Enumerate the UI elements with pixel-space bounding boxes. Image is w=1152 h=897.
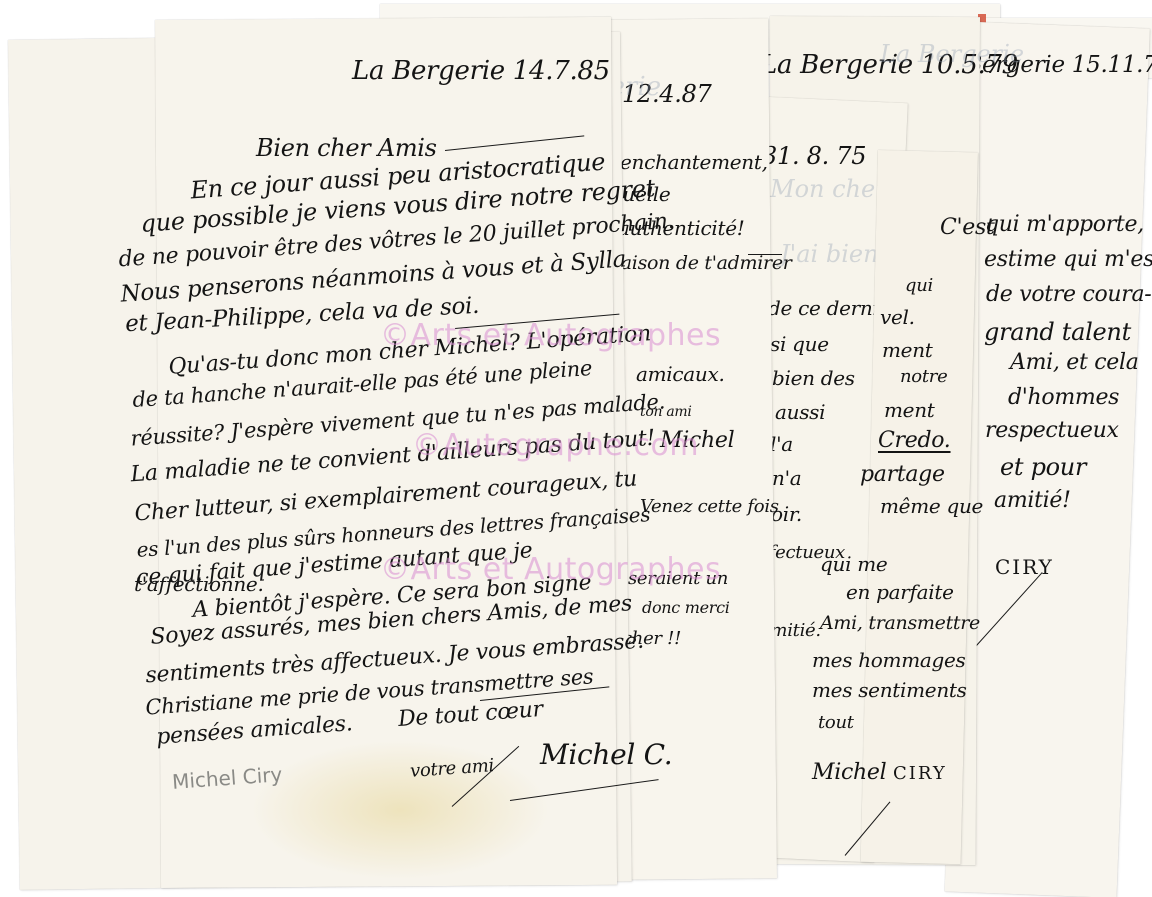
letter-1987-line: enchantement, <box>620 150 768 174</box>
letter-1978-line: de votre coura- <box>986 282 1151 307</box>
letter-1979-line: mes hommages <box>812 648 966 672</box>
letter-1979-line: qui me <box>820 552 887 576</box>
letter-1979-line: ment <box>882 338 933 362</box>
letter-1978-line: amitié! <box>994 488 1071 513</box>
letter-1979-line: C'est <box>940 215 995 240</box>
ink-line <box>748 254 782 255</box>
letter-1979-line: tout <box>818 712 854 733</box>
letter-1975-line: bien des <box>772 366 855 390</box>
letter-1975-line: l'a <box>770 432 793 456</box>
letter-1975-line: si que <box>770 332 829 356</box>
letter-1979-signature: Michel CIRY <box>812 760 947 785</box>
letter-1978-line: respectueux <box>985 418 1119 443</box>
letter-1985-salutation: Bien cher Amis <box>256 134 437 162</box>
letter-1978-line: et pour <box>1000 453 1086 481</box>
letter-1979-line: partage <box>860 462 945 487</box>
letter-1975-line: n'a <box>772 466 801 490</box>
letter-1978-line: Ami, et cela <box>1010 350 1139 375</box>
letter-1978-line: d'hommes <box>1008 385 1119 410</box>
letter-1979-line: mes sentiments <box>812 678 967 702</box>
letter-1979-line: même que <box>880 494 983 518</box>
paper-stain <box>250 740 550 880</box>
letter-1985-dateline: La Bergerie 14.7.85 <box>352 56 610 86</box>
letter-1978-line: estime qui m'est <box>984 247 1152 272</box>
letter-1979-line: notre <box>900 366 947 387</box>
letter-1979-line: qui <box>905 275 933 296</box>
letter-1987-line: amicaux. <box>636 362 725 386</box>
letter-1987-line: raison de t'admirer <box>612 252 792 274</box>
letter-1975-dateline: 31. 8. 75 <box>762 142 866 170</box>
letter-1978-line: qui m'apporte, <box>985 212 1144 237</box>
letter-1979-line: en parfaite <box>846 580 954 604</box>
letter-1979-credo: Credo. <box>878 428 951 453</box>
letter-1987-signature: Michel <box>660 428 734 453</box>
letter-1987-line: Venez cette fois <box>640 496 779 517</box>
letter-1985-line: t'affectionne. <box>134 572 264 596</box>
letter-1979-line: Ami, transmettre <box>820 612 980 634</box>
letter-1979-line: ment <box>884 398 935 422</box>
letter-1979-line: vel. <box>880 305 915 329</box>
letter-1978-line: grand talent <box>984 318 1131 346</box>
letter-1975-line: aussi <box>775 400 825 424</box>
letter-1978-signature: CIRY <box>995 555 1054 579</box>
ghost-text: La Bergerie <box>880 40 1024 68</box>
letter-1985-signature: Michel C. <box>540 738 672 771</box>
letter-1987-line: seraient un <box>628 568 728 589</box>
letter-1987-line: donc merci <box>642 598 730 617</box>
